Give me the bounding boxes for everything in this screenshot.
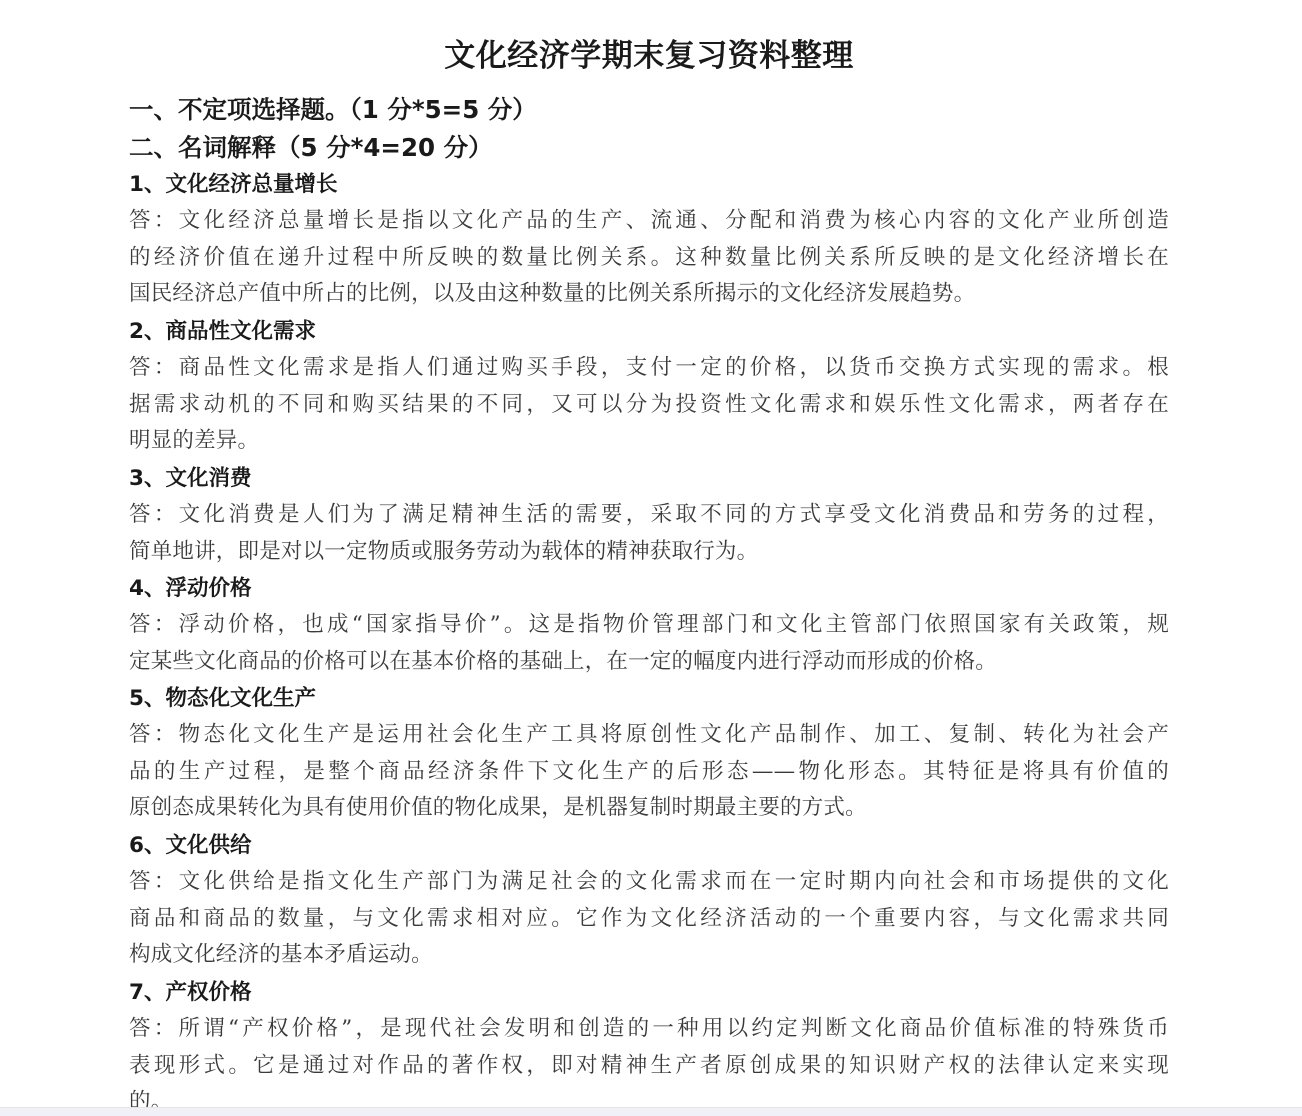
answer-line: 的经济价值在递升过程中所反映的数量比例关系。这种数量比例关系所反映的是文化经济增… xyxy=(129,240,1169,277)
term-title: 7、产权价格 xyxy=(129,975,1169,1011)
answer-line: 简单地讲，即是对以一定物质或服务劳动为载体的精神获取行为。 xyxy=(129,534,1169,571)
answer-line: 国民经济总产值中所占的比例，以及由这种数量的比例关系所揭示的文化经济发展趋势。 xyxy=(129,276,1169,313)
term-title: 1、文化经济总量增长 xyxy=(129,167,1169,203)
answer-line: 表现形式。它是通过对作品的著作权，即对精神生产者原创成果的知识财产权的法律认定来… xyxy=(129,1048,1169,1085)
term-title: 2、商品性文化需求 xyxy=(129,314,1169,350)
answer-line: 答：商品性文化需求是指人们通过购买手段，支付一定的价格，以货币交换方式实现的需求… xyxy=(129,350,1169,387)
term-title: 4、浮动价格 xyxy=(129,571,1169,607)
document-title: 文化经济学期末复习资料整理 xyxy=(129,34,1169,78)
answer-line: 构成文化经济的基本矛盾运动。 xyxy=(129,937,1169,974)
bottom-bar xyxy=(0,1107,1302,1116)
term-block-1: 1、文化经济总量增长 答：文化经济总量增长是指以文化产品的生产、流通、分配和消费… xyxy=(129,167,1169,313)
term-block-5: 5、物态化文化生产 答：物态化文化生产是运用社会化生产工具将原创性文化产品制作、… xyxy=(129,681,1169,827)
answer-line: 答：所谓“产权价格”，是现代社会发明和创造的一种用以约定判断文化商品价值标准的特… xyxy=(129,1011,1169,1048)
answer-line: 品的生产过程，是整个商品经济条件下文化生产的后形态——物化形态。其特征是将具有价… xyxy=(129,754,1169,791)
answer-line: 的。 xyxy=(129,1084,1169,1107)
term-title: 3、文化消费 xyxy=(129,461,1169,497)
answer-line: 定某些文化商品的价格可以在基本价格的基础上，在一定的幅度内进行浮动而形成的价格。 xyxy=(129,644,1169,681)
answer-line: 明显的差异。 xyxy=(129,423,1169,460)
term-block-6: 6、文化供给 答：文化供给是指文化生产部门为满足社会的文化需求而在一定时期内向社… xyxy=(129,828,1169,974)
answer-line: 答：文化消费是人们为了满足精神生活的需要，采取不同的方式享受文化消费品和劳务的过… xyxy=(129,497,1169,534)
term-block-7: 7、产权价格 答：所谓“产权价格”，是现代社会发明和创造的一种用以约定判断文化商… xyxy=(129,975,1169,1107)
term-title: 5、物态化文化生产 xyxy=(129,681,1169,717)
document-page: 文化经济学期末复习资料整理 一、不定项选择题。（1 分*5=5 分） 二、名词解… xyxy=(0,0,1302,1107)
section-heading-multiple-choice: 一、不定项选择题。（1 分*5=5 分） xyxy=(129,92,537,128)
answer-line: 原创态成果转化为具有使用价值的物化成果，是机器复制时期最主要的方式。 xyxy=(129,790,1169,827)
answer-line: 据需求动机的不同和购买结果的不同，又可以分为投资性文化需求和娱乐性文化需求，两者… xyxy=(129,387,1169,424)
answer-line: 答：物态化文化生产是运用社会化生产工具将原创性文化产品制作、加工、复制、转化为社… xyxy=(129,717,1169,754)
answer-line: 答：文化供给是指文化生产部门为满足社会的文化需求而在一定时期内向社会和市场提供的… xyxy=(129,864,1169,901)
term-title: 6、文化供给 xyxy=(129,828,1169,864)
term-block-4: 4、浮动价格 答：浮动价格，也成“国家指导价”。这是指物价管理部门和文化主管部门… xyxy=(129,571,1169,680)
answer-line: 答：浮动价格，也成“国家指导价”。这是指物价管理部门和文化主管部门依照国家有关政… xyxy=(129,607,1169,644)
answer-line: 商品和商品的数量，与文化需求相对应。它作为文化经济活动的一个重要内容，与文化需求… xyxy=(129,901,1169,938)
term-block-3: 3、文化消费 答：文化消费是人们为了满足精神生活的需要，采取不同的方式享受文化消… xyxy=(129,461,1169,570)
section-heading-term-definitions: 二、名词解释（5 分*4=20 分） xyxy=(129,130,493,166)
answer-line: 答：文化经济总量增长是指以文化产品的生产、流通、分配和消费为核心内容的文化产业所… xyxy=(129,203,1169,240)
term-block-2: 2、商品性文化需求 答：商品性文化需求是指人们通过购买手段，支付一定的价格，以货… xyxy=(129,314,1169,460)
